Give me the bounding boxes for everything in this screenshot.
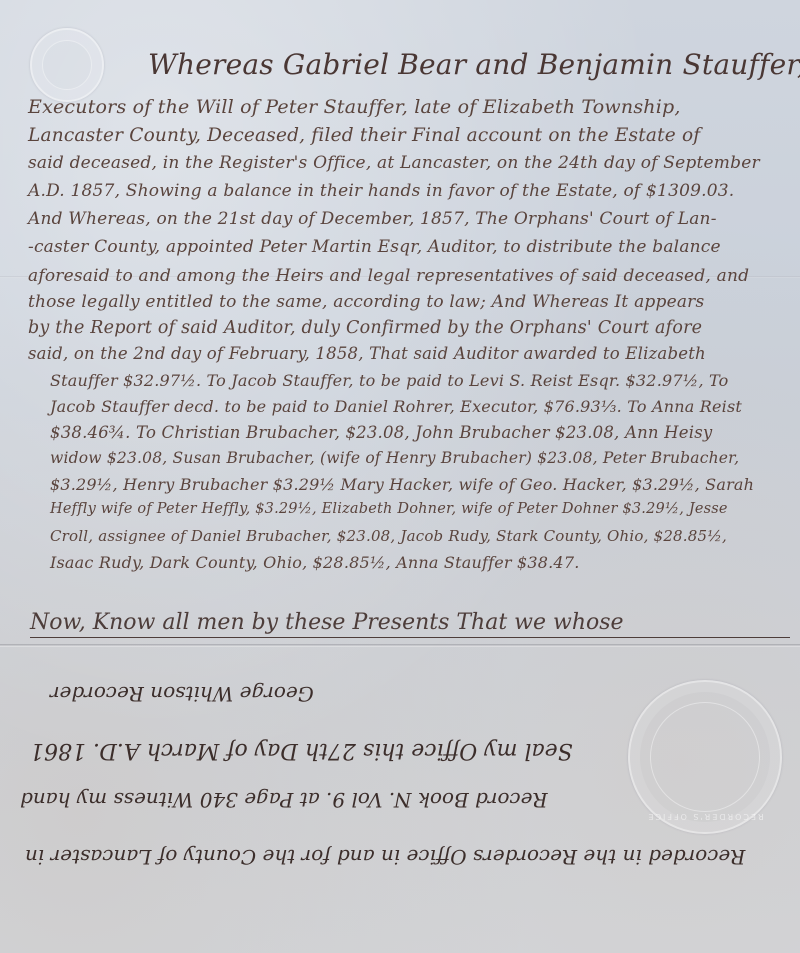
text-line-10: by the Report of said Auditor, duly Conf… [28,318,702,338]
text-line-1: Whereas Gabriel Bear and Benjamin Stauff… [148,48,800,81]
text-line-15: widow $23.08, Susan Brubacher, (wife of … [50,449,739,467]
text-line-9: those legally entitled to the same, acco… [28,292,704,312]
embossed-seal-recorder: RECORDER'S OFFICE [628,680,782,834]
recorder-signature: George Whitson Recorder [50,682,314,706]
text-line-7: -caster County, appointed Peter Martin E… [28,237,721,257]
text-line-13: Jacob Stauffer decd. to be paid to Danie… [50,397,742,416]
fold-crease-center [0,644,800,647]
recording-note-line-1: Seal my Office this 27th Day of March A.… [30,738,573,763]
text-line-11: said, on the 2nd day of February, 1858, … [28,344,706,363]
text-line-8: aforesaid to and among the Heirs and leg… [28,266,749,286]
text-line-16: $3.29½, Henry Brubacher $3.29½ Mary Hack… [50,475,754,494]
text-line-4: said deceased, in the Register's Office,… [28,153,760,173]
recording-note-line-3: Recorded in the Recorders Office in and … [25,845,745,869]
text-line-19: Isaac Rudy, Dark County, Ohio, $28.85½, … [50,553,579,572]
text-line-2: Executors of the Will of Peter Stauffer,… [28,96,681,118]
text-line-18: Croll, assignee of Daniel Brubacher, $23… [50,527,727,545]
text-line-3: Lancaster County, Deceased, filed their … [28,125,700,146]
embossed-seal-top-left [30,28,104,102]
text-line-6: And Whereas, on the 21st day of December… [28,209,717,229]
text-line-12: Stauffer $32.97½. To Jacob Stauffer, to … [50,371,728,390]
recording-note-line-2: Record Book N. Vol 9. at Page 340 Witnes… [20,788,548,812]
document-page: RECORDER'S OFFICE Whereas Gabriel Bear a… [0,0,800,953]
seal-text: RECORDER'S OFFICE [630,812,780,821]
text-line-14: $38.46¾. To Christian Brubacher, $23.08,… [50,423,712,442]
text-line-5: A.D. 1857, Showing a balance in their ha… [28,181,734,201]
text-line-17: Heffly wife of Peter Heffly, $3.29½, Eli… [50,501,728,517]
now-know-all-men-line: Now, Know all men by these Presents That… [30,610,790,638]
